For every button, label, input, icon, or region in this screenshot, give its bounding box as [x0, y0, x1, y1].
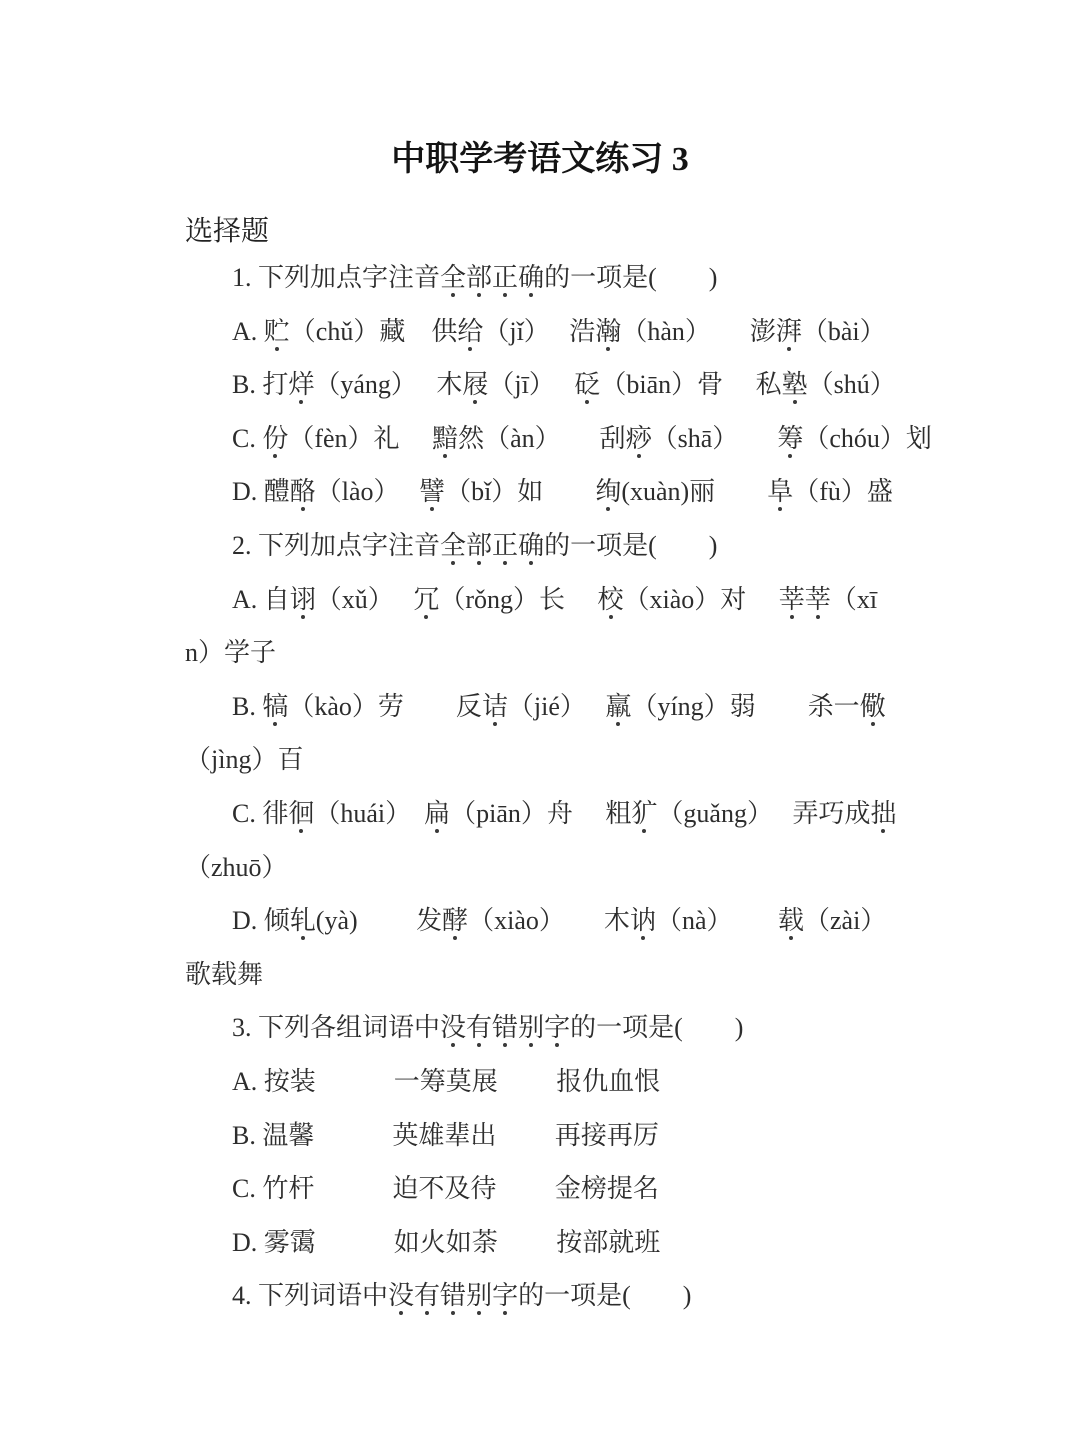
dotted-char: 湃 — [776, 317, 802, 346]
text-line: 1. 下列加点字注音全部正确的一项是( ) — [185, 251, 930, 305]
document-page: 中职学考语文练习 3 选择题 1. 下列加点字注音全部正确的一项是( )A. 贮… — [0, 0, 1080, 1440]
text-line: C. 徘徊（huái） 扁（piān）舟 粗犷（guǎng） 弄巧成拙 — [185, 787, 930, 841]
dotted-char: 犷 — [631, 799, 657, 828]
dotted-char: 痧 — [626, 424, 652, 453]
dotted-char: 载 — [778, 906, 804, 935]
dotted-char: 没 — [388, 1281, 414, 1310]
text-line: （zhuō） — [185, 841, 930, 895]
dotted-char: 全 — [440, 531, 466, 560]
dotted-char: 阜 — [767, 477, 793, 506]
dotted-char: 黯 — [432, 424, 458, 453]
text-line: 2. 下列加点字注音全部正确的一项是( ) — [185, 519, 930, 573]
dotted-char: 全 — [440, 263, 466, 292]
dotted-char: 筹 — [777, 424, 803, 453]
text-line: 3. 下列各组词语中没有错别字的一项是( ) — [185, 1001, 930, 1055]
text-line: A. 按装 一筹莫展 报仇血恨 — [185, 1055, 930, 1109]
dotted-char: 瀚 — [595, 317, 621, 346]
dotted-char: 羸 — [605, 692, 631, 721]
dotted-char: 字 — [544, 1013, 570, 1042]
dotted-char: 字 — [492, 1281, 518, 1310]
dotted-char: 扁 — [424, 799, 450, 828]
text-line: D. 倾轧(yà) 发酵（xiào） 木讷（nà） 载（zài） — [185, 894, 930, 948]
dotted-char: 有 — [414, 1281, 440, 1310]
dotted-char: 拙 — [870, 799, 896, 828]
dotted-char: 正 — [492, 263, 518, 292]
dotted-char: 错 — [492, 1013, 518, 1042]
dotted-char: 贮 — [264, 317, 290, 346]
dotted-char: 有 — [466, 1013, 492, 1042]
dotted-char: 校 — [598, 585, 624, 614]
dotted-char: 屐 — [462, 370, 488, 399]
text-line: 歌载舞 — [185, 948, 930, 1002]
dotted-char: 部 — [466, 263, 492, 292]
text-line: （jìng）百 — [185, 733, 930, 787]
text-line: n）学子 — [185, 626, 930, 680]
text-line: 4. 下列词语中没有错别字的一项是( ) — [185, 1269, 930, 1323]
text-line: A. 贮（chǔ）藏 供给（jǐ） 浩瀚（hàn） 澎湃（bài） — [185, 305, 930, 359]
dotted-char: 诘 — [482, 692, 508, 721]
dotted-char: 塾 — [782, 370, 808, 399]
dotted-char: 烊 — [288, 370, 314, 399]
text-line: C. 份（fèn）礼 黯然（àn） 刮痧（shā） 筹（chóu）划 — [185, 412, 930, 466]
dotted-char: 确 — [518, 263, 544, 292]
question-lines: 1. 下列加点字注音全部正确的一项是( )A. 贮（chǔ）藏 供给（jǐ） 浩… — [185, 251, 930, 1323]
dotted-char: 份 — [262, 424, 288, 453]
dotted-char: 犒 — [262, 692, 288, 721]
dotted-char: 莘 — [779, 585, 805, 614]
text-line: D. 雾霭 如火如荼 按部就班 — [185, 1216, 930, 1270]
dotted-char: 没 — [440, 1013, 466, 1042]
dotted-char: 儆 — [860, 692, 886, 721]
text-line: B. 打烊（yáng） 木屐（jī） 砭（biān）骨 私塾（shú） — [185, 358, 930, 412]
dotted-char: 莘 — [805, 585, 831, 614]
dotted-char: 确 — [518, 531, 544, 560]
dotted-char: 别 — [466, 1281, 492, 1310]
page-title: 中职学考语文练习 3 — [185, 136, 895, 184]
dotted-char: 冗 — [413, 585, 439, 614]
dotted-char: 绚 — [595, 477, 621, 506]
dotted-char: 轧 — [290, 906, 316, 935]
dotted-char: 部 — [466, 531, 492, 560]
dotted-char: 别 — [518, 1013, 544, 1042]
dotted-char: 给 — [457, 317, 483, 346]
dotted-char: 砭 — [574, 370, 600, 399]
dotted-char: 譬 — [419, 477, 445, 506]
dotted-char: 徊 — [288, 799, 314, 828]
dotted-char: 诩 — [290, 585, 316, 614]
dotted-char: 讷 — [630, 906, 656, 935]
dotted-char: 错 — [440, 1281, 466, 1310]
text-line: D. 醴酪（lào） 譬（bǐ）如 绚(xuàn)丽 阜（fù）盛 — [185, 465, 930, 519]
dotted-char: 正 — [492, 531, 518, 560]
text-line: B. 温馨 英雄辈出 再接再厉 — [185, 1109, 930, 1163]
dotted-char: 酪 — [290, 477, 316, 506]
text-line: C. 竹杆 迫不及待 金榜提名 — [185, 1162, 930, 1216]
dotted-char: 酵 — [442, 906, 468, 935]
section-heading: 选择题 — [185, 212, 930, 251]
text-line: A. 自诩（xǔ） 冗（rǒng）长 校（xiào）对 莘莘（xī — [185, 573, 930, 627]
text-line: B. 犒（kào）劳 反诘（jié） 羸（yíng）弱 杀一儆 — [185, 680, 930, 734]
